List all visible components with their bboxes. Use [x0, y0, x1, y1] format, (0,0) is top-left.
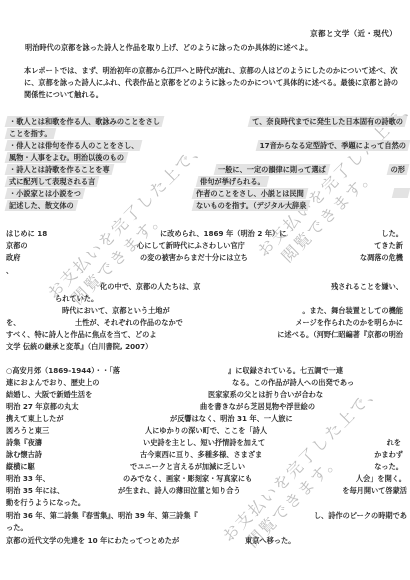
highlighted-text-fragment: 一般に、一定の韻律に則って選ば	[218, 165, 326, 175]
text-line: ・歌人とは和歌を作る人、歌詠みのことをさして、奈良時代までに発生した日本固有の詩…	[0, 117, 410, 128]
text-line: 風物・人事をよむ。明治以後のもの	[0, 153, 410, 164]
text-fragment: 人にゆかりの深い町で、ここを「詩人	[145, 426, 267, 436]
text-fragment: なった。	[374, 462, 403, 472]
text-fragment: が反響はなく、明治 31 年、一人旅に	[170, 414, 293, 424]
text-fragment: てきた新	[374, 241, 403, 251]
text-fragment: ○高安月郊（1869-1944）・・「落	[6, 366, 120, 376]
text-fragment: 、	[6, 266, 13, 276]
text-line: 、	[0, 266, 410, 277]
text-fragment: 縦横に駆	[6, 462, 35, 472]
text-line: 詩集『夜濤い史詩を主とし、短い抒情詩を加えてれを	[0, 438, 410, 449]
text-line: 政府の変の被害からまだ十分には立ちな凋落の危機	[0, 253, 410, 264]
text-fragment: し、詩作のピークの時期であ	[314, 511, 407, 521]
text-fragment: 図ろうと東三	[6, 426, 49, 436]
text-line: すべく、特に詩人と作品に焦点を当て、どのよに述べる。（河野仁昭編著『京都の明治	[0, 330, 410, 341]
text-line: 化の中で、京都の人たちは、京残されることを嫌い、	[0, 282, 410, 293]
text-line: 式に配列して表現される言俳句が挙げられる。	[0, 177, 410, 188]
text-line: 図ろうと東三人にゆかりの深い町で、ここを「詩人	[0, 426, 410, 437]
text-line: に、京都を詠った詩人にふれ、代表作品と京都をどのように詠ったのかについて具体的に…	[0, 78, 410, 89]
text-fragment: を毎月開いて啓蒙活	[342, 486, 407, 496]
text-fragment: に改められ、1869 年（明治 2 年）に	[160, 229, 286, 239]
text-line: 動を行うようになった。	[0, 498, 410, 509]
text-fragment: った。	[6, 523, 28, 533]
text-line: 文学 伝統の継承と変革』（白川書院, 2007）	[0, 342, 410, 353]
text-line: 本レポートでは、まず、明治初年の京都から江戸へと時代が流れ、京都の人はどのように…	[0, 66, 410, 77]
text-fragment: すべく、特に詩人と作品に焦点を当て、どのよ	[6, 330, 157, 340]
text-fragment: に、京都を詠った詩人にふれ、代表作品と京都をどのように詠ったのかについて具体的に…	[24, 78, 398, 88]
text-line: 京都の近代文学の先達を 10 年にわたってつとめたが東京へ移った。	[0, 536, 410, 547]
text-fragment: 古今東西に亘り、多種多様、さまざま	[140, 450, 262, 460]
text-line: はじめに 18に改められ、1869 年（明治 2 年）にした。	[0, 229, 410, 240]
text-fragment: なる。この作品が詩人への出発であっ	[232, 378, 354, 388]
text-line: 詠む懐古詩古今東西に亘り、多種多様、さまざまかまわず	[0, 450, 410, 461]
text-fragment: 。また、舞台装置としての機能	[302, 306, 403, 316]
text-fragment: 医家家系の父とは折り合いが合わな	[208, 390, 323, 400]
highlighted-text-fragment: ・歌人とは和歌を作る人、歌詠みのことをさし	[9, 117, 160, 127]
text-line: 明治 35 年には、が生まれ、詩人の薄田泣菫と知り合うを毎月開いて啓蒙活	[0, 486, 410, 497]
text-fragment: 時代において、京都という土地が	[62, 306, 170, 316]
text-fragment: した。	[381, 229, 403, 239]
highlighted-text-fragment: 記述した、散文体の	[9, 201, 74, 211]
highlighted-text-fragment: ・詩人とは詩歌を作ることを専	[9, 165, 110, 175]
text-fragment: 』に収録されている。七五調で一連	[228, 366, 343, 376]
text-fragment: はじめに 18	[6, 229, 47, 239]
text-fragment: の変の被害からまだ十分には立ち	[140, 253, 248, 263]
text-line: ・詩人とは詩歌を作ることを専一般に、一定の韻律に則って選ばの形	[0, 165, 410, 176]
text-fragment: 本レポートでは、まず、明治初年の京都から江戸へと時代が流れ、京都の人はどのように…	[24, 66, 397, 76]
text-fragment: 政府	[6, 253, 20, 263]
text-fragment: 心にして新時代にふさわしい官庁	[137, 241, 245, 251]
text-fragment: 明治 27 年京都の丸太	[6, 402, 79, 412]
text-line: 連におよんでおり、歴史上のなる。この作品が詩人への出発であっ	[0, 378, 410, 389]
text-line: 縦横に駆でユニークと言えるが加減に乏しいなった。	[0, 462, 410, 473]
document-text-layer: 京都と文学（近・現代） 明治時代の京都を詠った詩人と作品を取り上げ、どのように詠…	[0, 0, 410, 580]
text-line: 記述した、散文体のないものを指す。（デジタル大辞泉	[0, 201, 410, 212]
text-line: ○高安月郊（1869-1944）・・「落』に収録されている。七五調で一連	[0, 366, 410, 377]
text-fragment: 人会」を開く。	[356, 474, 406, 484]
highlighted-text-fragment: の形	[391, 165, 405, 175]
text-fragment: 残されることを嫌い、	[331, 282, 403, 292]
text-fragment: 連におよんでおり、歴史上の	[6, 378, 99, 388]
text-line: 関係性について触れる。	[0, 90, 410, 101]
text-fragment: 明治 35 年には、	[6, 486, 64, 496]
text-fragment: を、	[6, 318, 20, 328]
text-fragment: 動を行うようになった。	[6, 498, 85, 508]
text-fragment: 京都の近代文学の先達を 10 年にわたってつとめたが	[6, 536, 179, 546]
highlighted-text-fragment: 風物・人事をよむ。明治以後のもの	[9, 153, 124, 163]
text-fragment: 東京へ移った。	[245, 536, 295, 546]
highlighted-text-fragment: 式に配列して表現される言	[9, 177, 95, 187]
text-fragment: 携えて東上したが	[6, 414, 64, 424]
text-fragment: 土性が、それぞれの作品のなかで	[75, 318, 183, 328]
text-fragment: 関係性について触れる。	[24, 90, 103, 100]
text-line: 明治 36 年、第二詩集『春雪集』、明治 39 年、第三詩集『し、詩作のピークの…	[0, 511, 410, 522]
text-line: 携えて東上したがが反響はなく、明治 31 年、一人旅に	[0, 414, 410, 425]
text-line: ことを指す。	[0, 129, 410, 140]
document-page: お支払いを完了した上で、閲覧できます。お支払いを完了した上で、閲覧できます。お支…	[0, 0, 410, 580]
text-fragment: に述べる。（河野仁昭編著『京都の明治	[277, 330, 403, 340]
text-fragment: 明治時代の京都を詠った詩人と作品を取り上げ、どのように詠ったのか具体的に述べよ。	[25, 43, 312, 53]
text-line: 明治 27 年京都の丸太曲を書きながら芝居見物や浮世絵の	[0, 402, 410, 413]
text-line: 時代において、京都という土地が。また、舞台装置としての機能	[0, 306, 410, 317]
page-title: 京都と文学（近・現代）	[310, 28, 397, 39]
highlighted-text-fragment: ・俳人とは俳句を作る人のことをさし、	[9, 141, 138, 151]
text-fragment: 明治 33 年、	[6, 474, 50, 484]
text-fragment: でユニークと言えるが加減に乏しい	[130, 462, 245, 472]
highlighted-text-fragment: 17音からなる定型詩で、季題によって自然の	[260, 141, 406, 151]
highlighted-text-fragment: ・小説家とは小説をつ	[9, 189, 81, 199]
text-fragment: かまわず	[374, 450, 403, 460]
text-fragment: 曲を書きながら芝居見物や浮世絵の	[200, 402, 315, 412]
text-fragment: 京都の	[6, 241, 28, 251]
text-fragment: 詠む懐古詩	[6, 450, 42, 460]
text-line: 京都の心にして新時代にふさわしい官庁てきた新	[0, 241, 410, 252]
text-fragment: られていた。	[55, 294, 98, 304]
text-fragment: れを	[387, 438, 401, 448]
text-fragment: が生まれ、詩人の薄田泣菫と知り合う	[118, 486, 241, 496]
highlighted-text-fragment	[396, 189, 406, 198]
highlighted-text-fragment: て、奈良時代までに発生した日本固有の詩歌の	[252, 117, 403, 127]
text-line: を、土性が、それぞれの作品のなかでメージを作られたのかを明らかに	[0, 318, 410, 329]
text-fragment: のみでなく、画家・彫刻家・写真家にも	[123, 474, 252, 484]
text-fragment: 文学 伝統の継承と変革』（白川書院, 2007）	[6, 342, 152, 352]
text-fragment: 明治 36 年、第二詩集『春雪集』、明治 39 年、第三詩集『	[6, 511, 198, 521]
text-fragment: メージを作られたのかを明らかに	[295, 318, 403, 328]
text-line: った。	[0, 523, 410, 534]
highlighted-text-fragment: 俳句が挙げられる。	[200, 177, 265, 187]
highlighted-text-fragment: ことを指す。	[9, 129, 52, 139]
text-line: ・小説家とは小説をつ作者のことをさし、小説とは民間	[0, 189, 410, 200]
text-line: 明治 33 年、のみでなく、画家・彫刻家・写真家にも人会」を開く。	[0, 474, 410, 485]
text-line: られていた。	[0, 294, 410, 305]
text-fragment: 化の中で、京都の人たちは、京	[100, 282, 200, 292]
highlighted-text-fragment: 作者のことをさし、小説とは民間	[196, 189, 304, 199]
text-fragment: 詩集『夜濤	[6, 438, 42, 448]
text-line: 結婚し、大阪で新婚生活を医家家系の父とは折り合いが合わな	[0, 390, 410, 401]
text-line: 明治時代の京都を詠った詩人と作品を取り上げ、どのように詠ったのか具体的に述べよ。	[0, 43, 410, 54]
highlighted-text-fragment: ないものを指す。（デジタル大辞泉	[196, 201, 306, 211]
text-fragment: 結婚し、大阪で新婚生活を	[6, 390, 92, 400]
text-fragment: な凋落の危機	[360, 253, 403, 263]
text-fragment: い史詩を主とし、短い抒情詩を加えて	[143, 438, 265, 448]
text-line: ・俳人とは俳句を作る人のことをさし、17音からなる定型詩で、季題によって自然の	[0, 141, 410, 152]
